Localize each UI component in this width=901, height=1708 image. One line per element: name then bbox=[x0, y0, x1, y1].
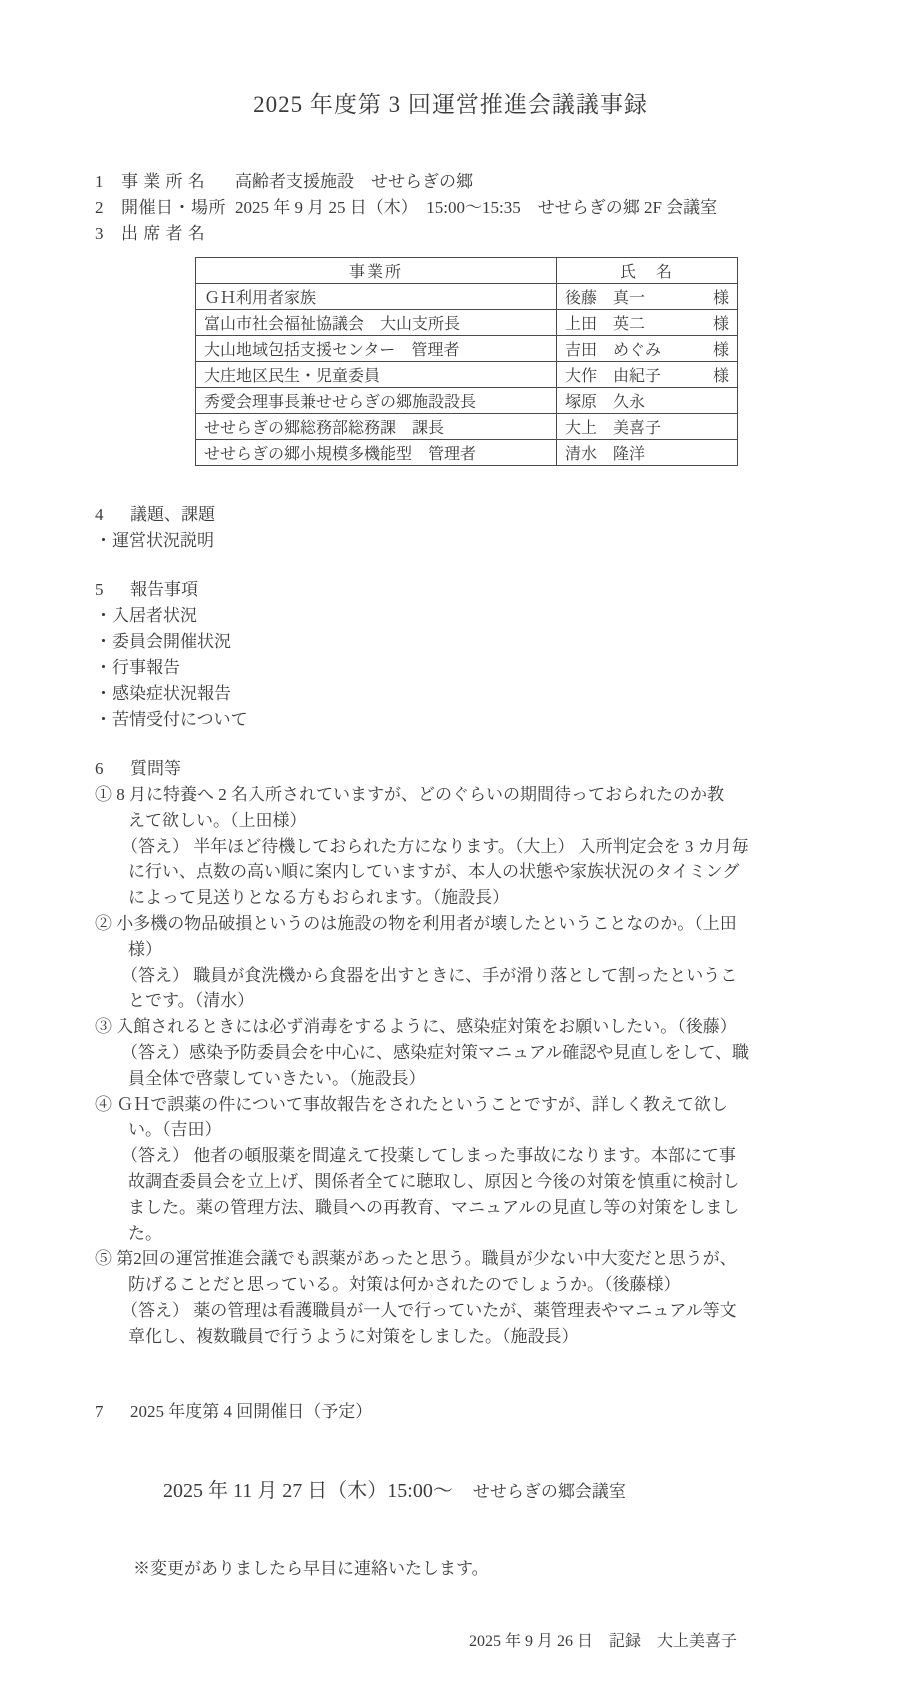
info-section: 1 事 業 所 名 高齢者支援施設 せせらぎの郷 2 開催日・場所 2025 年… bbox=[95, 169, 806, 247]
info-value: 2025 年 9 月 25 日（木） 15:00～15:35 せせらぎの郷 2F… bbox=[235, 195, 806, 221]
info-value: 高齢者支援施設 せせらぎの郷 bbox=[235, 169, 806, 195]
page-title: 2025 年度第 3 回運営推進会議議事録 bbox=[95, 86, 806, 119]
attendee-org: 大庄地区民生・児童委員 bbox=[196, 362, 557, 388]
qa-line: とです。（清水） bbox=[95, 988, 806, 1014]
next-meeting-datetime: 2025 年 11 月 27 日（木）15:00～ bbox=[163, 1480, 473, 1502]
attendee-name: 吉田 めぐみ bbox=[565, 337, 661, 360]
section-heading: 7 2025 年度第 4 回開催日（予定） bbox=[95, 1399, 806, 1425]
qa-line: によって見送りとなる方もおられます。（施設長） bbox=[95, 885, 806, 911]
next-meeting-date: 2025 年 11 月 27 日（木）15:00～ せせらぎの郷会議室 bbox=[133, 1449, 806, 1534]
attendee-org: 大山地域包括支援センター 管理者 bbox=[196, 336, 557, 362]
qa-line: （答え） 他者の頓服薬を間違えて投薬してしまった事故になります。本部にて事 bbox=[95, 1143, 806, 1169]
attendee-name: 上田 英二 bbox=[565, 311, 645, 334]
attendee-row: 大山地域包括支援センター 管理者 吉田 めぐみ様 bbox=[196, 336, 738, 362]
next-meeting-note: ※変更がありましたら早目に連絡いたします。 bbox=[133, 1556, 806, 1582]
section-number: 6 bbox=[95, 756, 130, 782]
attendee-honorific: 様 bbox=[713, 363, 729, 386]
info-label: 事 業 所 名 bbox=[121, 169, 235, 195]
attendee-name: 大作 由紀子 bbox=[565, 363, 661, 386]
qa-line: ③ 入館されるときには必ず消毒をするように、感染症対策をお願いしたい。（後藤） bbox=[95, 1014, 806, 1040]
section-heading-label: 報告事項 bbox=[130, 577, 198, 603]
qa-line: 様） bbox=[95, 937, 806, 963]
attendee-org: ＧＨ利用者家族 bbox=[196, 284, 557, 310]
attendee-org: 富山市社会福祉協議会 大山支所長 bbox=[196, 310, 557, 336]
qa-line: ました。薬の管理方法、職員への再教育、マニュアルの見直し等の対策をしまし bbox=[95, 1195, 806, 1221]
section-reports: 5 報告事項 ・入居者状況 ・委員会開催状況 ・行事報告 ・感染症状況報告 ・苦… bbox=[95, 577, 806, 733]
qa-line: 員全体で啓蒙していきたい。（施設長） bbox=[95, 1066, 806, 1092]
attendee-row: 富山市社会福祉協議会 大山支所長 上田 英二様 bbox=[196, 310, 738, 336]
section-heading: 6 質問等 bbox=[95, 756, 806, 782]
bullet-item: ・感染症状況報告 bbox=[95, 681, 806, 707]
section-heading: 5 報告事項 bbox=[95, 577, 806, 603]
attendee-row: せせらぎの郷総務部総務課 課長 大上 美喜子 bbox=[196, 414, 738, 440]
info-label: 出 席 者 名 bbox=[121, 221, 235, 247]
qa-line: （答え）感染予防委員会を中心に、感染症対策マニュアル確認や見直しをして、職 bbox=[95, 1040, 806, 1066]
qa-line: い。（吉田） bbox=[95, 1117, 806, 1143]
bullet-item: ・行事報告 bbox=[95, 655, 806, 681]
info-row-date-place: 2 開催日・場所 2025 年 9 月 25 日（木） 15:00～15:35 … bbox=[95, 195, 806, 221]
qa-line: 章化し、複数職員で行うように対策をしました。（施設長） bbox=[95, 1324, 806, 1350]
section-number: 4 bbox=[95, 502, 130, 528]
attendee-name: 後藤 真一 bbox=[565, 285, 645, 308]
info-row-attendee-names: 3 出 席 者 名 bbox=[95, 221, 806, 247]
attendee-org: せせらぎの郷小規模多機能型 管理者 bbox=[196, 440, 557, 466]
section-heading: 4 議題、課題 bbox=[95, 502, 806, 528]
bullet-item: ・運営状況説明 bbox=[95, 528, 806, 554]
section-number: 5 bbox=[95, 577, 130, 603]
qa-line: 防げることだと思っている。対策は何かされたのでしょうか。（後藤様） bbox=[95, 1272, 806, 1298]
section-heading-label: 質問等 bbox=[130, 756, 181, 782]
bullet-item: ・入居者状況 bbox=[95, 603, 806, 629]
qa-block: ① 8 月に特養へ 2 名入所されていますが、どのぐらいの期間待っておられたのか… bbox=[95, 782, 806, 1350]
info-value bbox=[235, 221, 806, 247]
section-agenda: 4 議題、課題 ・運営状況説明 bbox=[95, 502, 806, 554]
attendee-org: せせらぎの郷総務部総務課 課長 bbox=[196, 414, 557, 440]
attendee-honorific: 様 bbox=[713, 337, 729, 360]
qa-line: ① 8 月に特養へ 2 名入所されていますが、どのぐらいの期間待っておられたのか… bbox=[95, 782, 806, 808]
attendee-row: ＧＨ利用者家族 後藤 真一様 bbox=[196, 284, 738, 310]
qa-line: （答え） 職員が食洗機から食器を出すときに、手が滑り落として割ったというこ bbox=[95, 963, 806, 989]
attendee-name: 塚原 久永 bbox=[565, 389, 645, 412]
attendee-row: せせらぎの郷小規模多機能型 管理者 清水 隆洋 bbox=[196, 440, 738, 466]
info-number: 1 bbox=[95, 169, 121, 195]
column-header-org: 事業所 bbox=[196, 258, 557, 284]
attendee-name: 大上 美喜子 bbox=[565, 415, 661, 438]
section-number: 7 bbox=[95, 1399, 130, 1425]
record-footer: 2025 年 9 月 26 日 記録 大上美喜子 bbox=[95, 1628, 806, 1651]
qa-line: 故調査委員会を立上げ、関係者全てに聴取し、原因と今後の対策を慎重に検討し bbox=[95, 1169, 806, 1195]
attendee-honorific: 様 bbox=[713, 285, 729, 308]
attendees-table: 事業所 氏 名 ＧＨ利用者家族 後藤 真一様 富山市社会福祉協議会 大山支所長 … bbox=[195, 257, 738, 466]
column-header-name: 氏 名 bbox=[557, 258, 738, 284]
section-next-meeting: 7 2025 年度第 4 回開催日（予定） 2025 年 11 月 27 日（木… bbox=[95, 1399, 806, 1582]
info-row-business-name: 1 事 業 所 名 高齢者支援施設 せせらぎの郷 bbox=[95, 169, 806, 195]
bullet-item: ・委員会開催状況 bbox=[95, 629, 806, 655]
next-meeting-venue: せせらぎの郷会議室 bbox=[473, 1482, 626, 1501]
qa-line: ④ ＧＨで誤薬の件について事故報告をされたということですが、詳しく教えて欲し bbox=[95, 1092, 806, 1118]
qa-line: ② 小多機の物品破損というのは施設の物を利用者が壊したということなのか。（上田 bbox=[95, 911, 806, 937]
attendee-honorific: 様 bbox=[713, 311, 729, 334]
attendee-row: 秀愛会理事長兼せせらぎの郷施設設長 塚原 久永 bbox=[196, 388, 738, 414]
qa-line: に行い、点数の高い順に案内していますが、本人の状態や家族状況のタイミング bbox=[95, 859, 806, 885]
qa-line: （答え） 半年ほど待機しておられた方になります。（大上） 入所判定会を 3 カ月… bbox=[95, 834, 806, 860]
bullet-item: ・苦情受付について bbox=[95, 707, 806, 733]
qa-line: えて欲しい。（上田様） bbox=[95, 808, 806, 834]
attendee-row: 大庄地区民生・児童委員 大作 由紀子様 bbox=[196, 362, 738, 388]
section-questions: 6 質問等 ① 8 月に特養へ 2 名入所されていますが、どのぐらいの期間待って… bbox=[95, 756, 806, 1350]
info-number: 3 bbox=[95, 221, 121, 247]
section-heading-label: 2025 年度第 4 回開催日（予定） bbox=[130, 1399, 372, 1425]
info-number: 2 bbox=[95, 195, 121, 221]
attendee-name: 清水 隆洋 bbox=[565, 441, 645, 464]
qa-line: （答え） 薬の管理は看護職員が一人で行っていたが、薬管理表やマニュアル等文 bbox=[95, 1298, 806, 1324]
qa-line: た。 bbox=[95, 1221, 806, 1247]
document-page: 2025 年度第 3 回運営推進会議議事録 1 事 業 所 名 高齢者支援施設 … bbox=[0, 0, 901, 1708]
section-heading-label: 議題、課題 bbox=[130, 502, 215, 528]
attendee-org: 秀愛会理事長兼せせらぎの郷施設設長 bbox=[196, 388, 557, 414]
info-label: 開催日・場所 bbox=[121, 195, 235, 221]
qa-line: ⑤ 第2回の運営推進会議でも誤薬があったと思う。職員が少ない中大変だと思うが、 bbox=[95, 1246, 806, 1272]
attendees-header-row: 事業所 氏 名 bbox=[196, 258, 738, 284]
